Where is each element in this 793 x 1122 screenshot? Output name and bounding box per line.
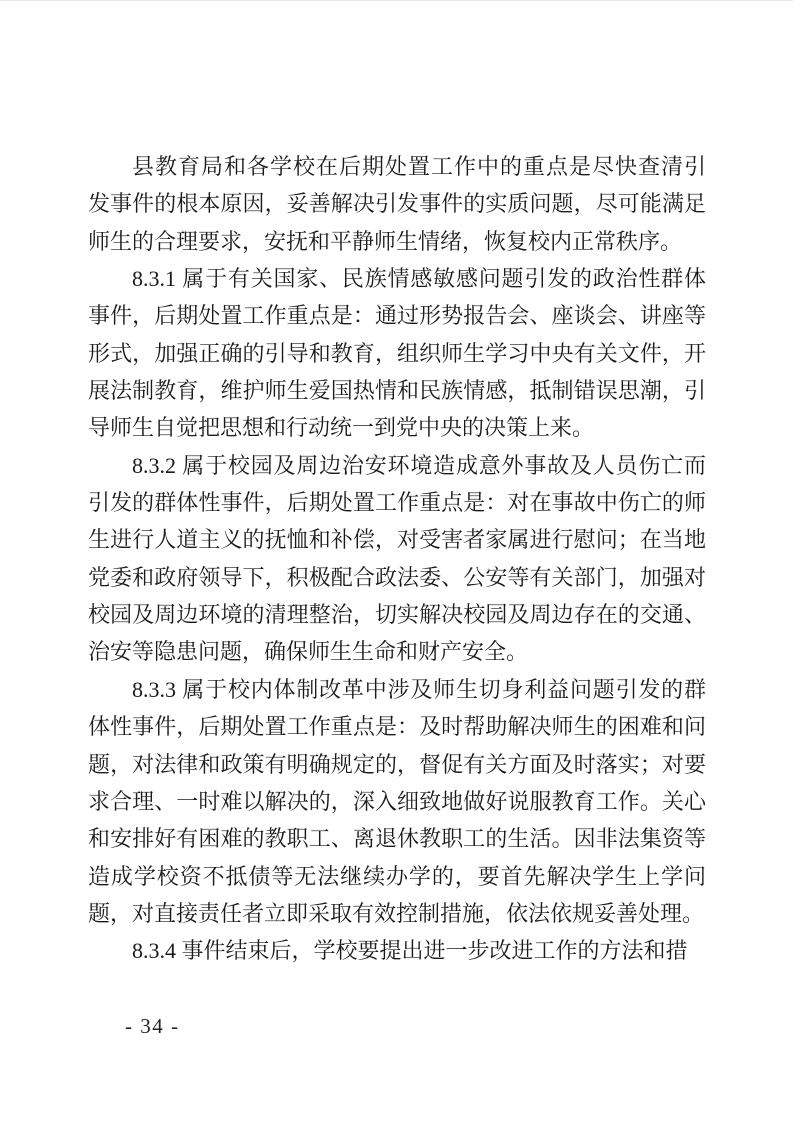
- text-line: 治安等隐患问题，确保师生生命和财产安全。: [88, 633, 706, 670]
- text-line: 求合理、一时难以解决的，深入细致地做好说服教育工作。关心: [88, 783, 706, 820]
- text-line: 党委和政府领导下，积极配合政法委、公安等有关部门，加强对: [88, 559, 706, 596]
- text-line: 事件，后期处置工作重点是：通过形势报告会、座谈会、讲座等: [88, 297, 706, 334]
- paragraph-section-8-3-2: 8.3.2 属于校园及周边治安环境造成意外事故及人员伤亡而 引发的群体性事件，后…: [88, 447, 706, 671]
- document-body: 县教育局和各学校在后期处置工作中的重点是尽快查清引 发事件的根本原因，妥善解决引…: [88, 148, 706, 970]
- text-line: 和安排好有困难的教职工、离退休教职工的生活。因非法集资等: [88, 820, 706, 857]
- text-line: 县教育局和各学校在后期处置工作中的重点是尽快查清引: [88, 148, 706, 185]
- text-line: 题，对法律和政策有明确规定的，督促有关方面及时落实；对要: [88, 746, 706, 783]
- text-line: 导师生自觉把思想和行动统一到党中央的决策上来。: [88, 409, 706, 446]
- text-line: 发事件的根本原因，妥善解决引发事件的实质问题，尽可能满足: [88, 185, 706, 222]
- paragraph-section-8-3-3: 8.3.3 属于校内体制改革中涉及师生切身利益问题引发的群 体性事件，后期处置工…: [88, 671, 706, 932]
- text-line: 题，对直接责任者立即采取有效控制措施，依法依规妥善处理。: [88, 895, 706, 932]
- text-line: 校园及周边环境的清理整治，切实解决校园及周边存在的交通、: [88, 596, 706, 633]
- text-line: 8.3.3 属于校内体制改革中涉及师生切身利益问题引发的群: [88, 671, 706, 708]
- text-line: 引发的群体性事件，后期处置工作重点是：对在事故中伤亡的师: [88, 484, 706, 521]
- text-line: 8.3.2 属于校园及周边治安环境造成意外事故及人员伤亡而: [88, 447, 706, 484]
- page-number: - 34 -: [125, 1014, 180, 1038]
- text-line: 8.3.1 属于有关国家、民族情感敏感问题引发的政治性群体: [88, 260, 706, 297]
- text-line: 展法制教育，维护师生爱国热情和民族情感，抵制错误思潮，引: [88, 372, 706, 409]
- page-top-edge: [0, 0, 793, 1]
- paragraph-intro: 县教育局和各学校在后期处置工作中的重点是尽快查清引 发事件的根本原因，妥善解决引…: [88, 148, 706, 260]
- text-line: 形式，加强正确的引导和教育，组织师生学习中央有关文件，开: [88, 335, 706, 372]
- text-line: 生进行人道主义的抚恤和补偿，对受害者家属进行慰问；在当地: [88, 521, 706, 558]
- text-line: 8.3.4 事件结束后，学校要提出进一步改进工作的方法和措: [88, 932, 706, 969]
- document-page: 县教育局和各学校在后期处置工作中的重点是尽快查清引 发事件的根本原因，妥善解决引…: [0, 0, 793, 1122]
- text-line: 造成学校资不抵债等无法继续办学的，要首先解决学生上学问: [88, 858, 706, 895]
- paragraph-section-8-3-1: 8.3.1 属于有关国家、民族情感敏感问题引发的政治性群体 事件，后期处置工作重…: [88, 260, 706, 447]
- text-line: 师生的合理要求，安抚和平静师生情绪，恢复校内正常秩序。: [88, 223, 706, 260]
- paragraph-section-8-3-4: 8.3.4 事件结束后，学校要提出进一步改进工作的方法和措: [88, 932, 706, 969]
- text-line: 体性事件，后期处置工作重点是：及时帮助解决师生的困难和问: [88, 708, 706, 745]
